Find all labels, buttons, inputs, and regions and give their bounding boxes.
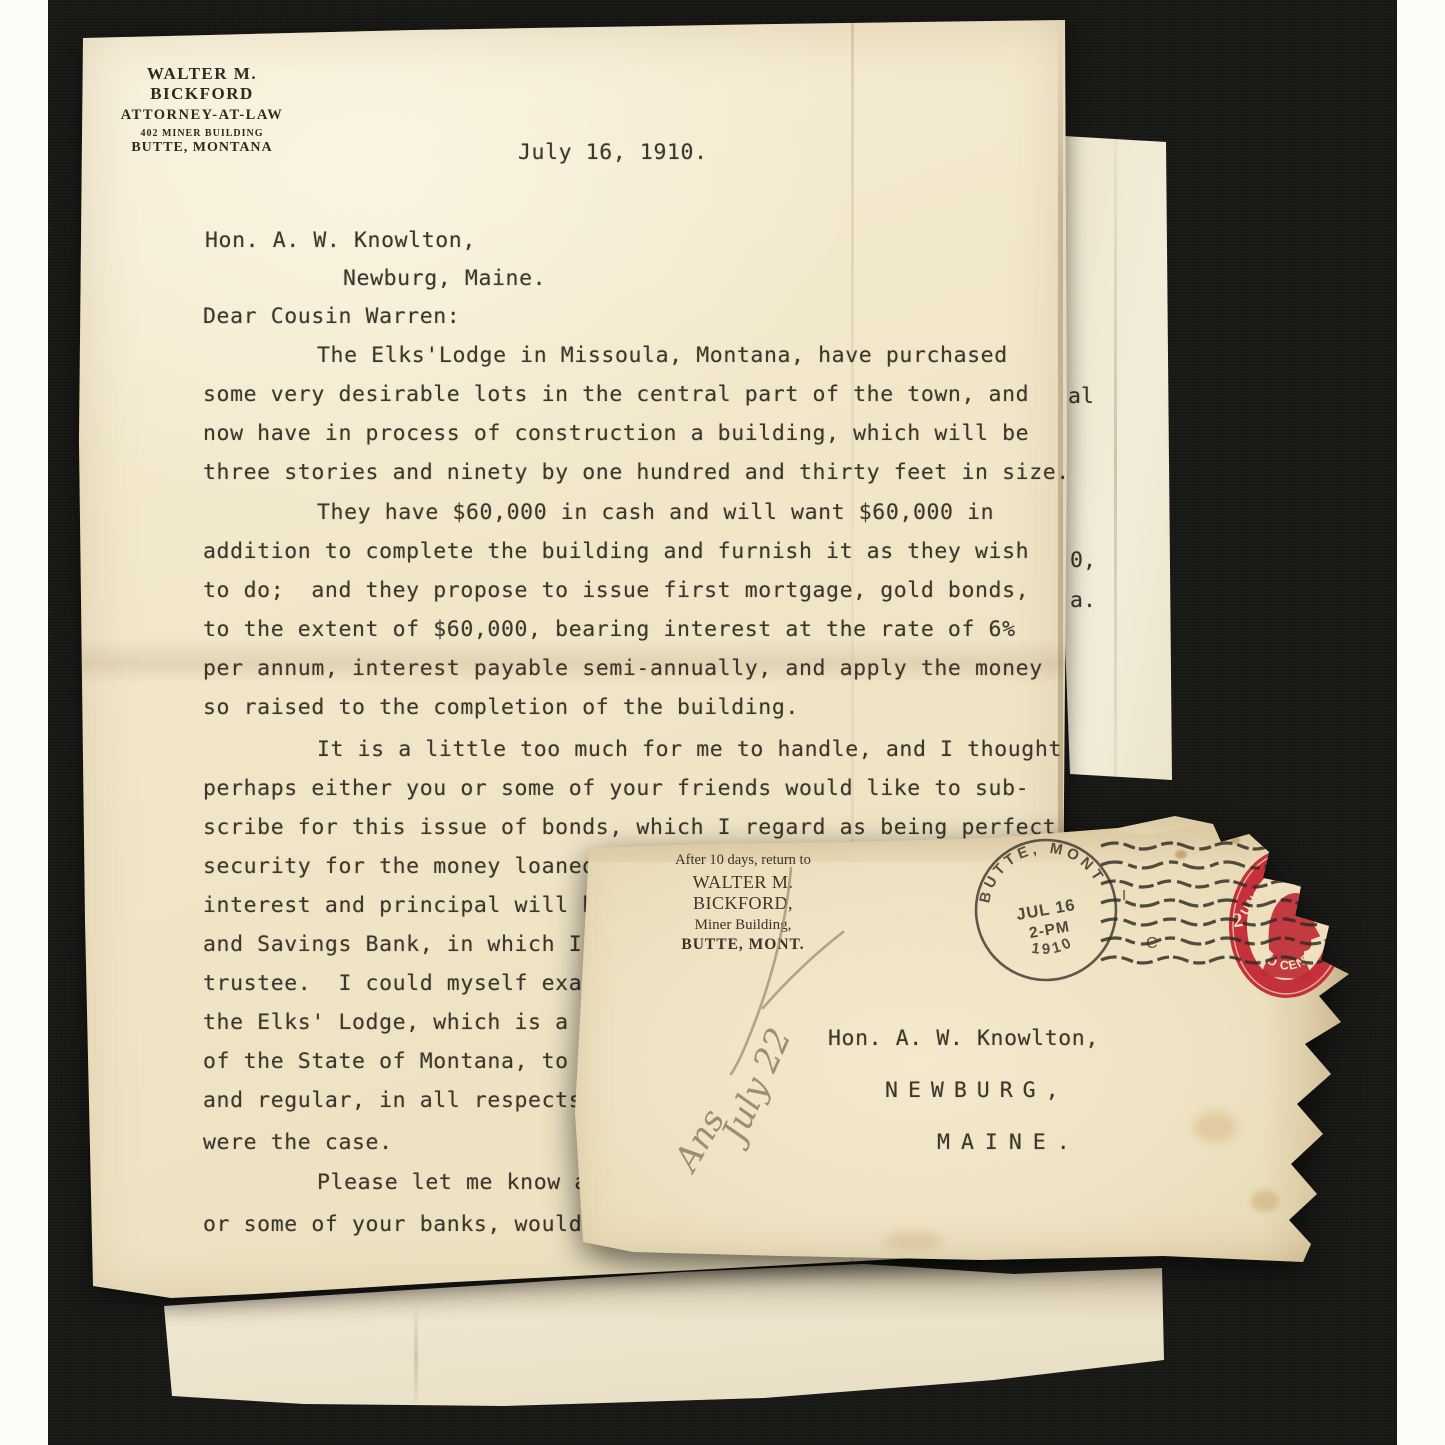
typewritten-line: addition to complete the building and fu… (203, 539, 1029, 564)
typewritten-line: Please let me know as (317, 1170, 601, 1195)
second-page-right-edge: al0,a. (1056, 136, 1172, 786)
typewritten-line: now have in process of construction a bu… (203, 421, 1029, 446)
typewritten-line: to do; and they propose to issue first m… (203, 578, 1029, 603)
page-edge-fragment: 0, (1070, 548, 1096, 573)
letterhead-title: ATTORNEY-AT-LAW (97, 107, 307, 124)
page-edge-fragment: al (1068, 384, 1094, 409)
typewritten-line: some very desirable lots in the central … (203, 382, 1029, 407)
typewritten-line: to the extent of $60,000, bearing intere… (203, 617, 1016, 642)
letterhead: WALTER M. BICKFORD ATTORNEY-AT-LAW 402 M… (97, 64, 307, 156)
typewritten-line: interest and principal will be (203, 893, 609, 918)
typewritten-line: Hon. A. W. Knowlton, (205, 228, 476, 253)
photo-border-left (0, 0, 48, 1445)
paper-fold-line (414, 1302, 418, 1412)
typewritten-line: Newburg, Maine. (343, 266, 546, 291)
letter-date: July 16, 1910. (518, 140, 708, 165)
letterhead-address2: BUTTE, MONTANA (97, 140, 307, 156)
typewritten-line: and Savings Bank, in which I am (203, 932, 623, 957)
typewritten-line: three stories and ninety by one hundred … (203, 460, 1070, 485)
typewritten-line: or some of your banks, would no (203, 1212, 623, 1237)
photo-scene: al0,a. WALTER M. BICKFORD ATTORNEY-AT-LA… (0, 0, 1445, 1445)
envelope-wrap: After 10 days, return to WALTER M. BICKF… (563, 812, 1353, 1267)
envelope: After 10 days, return to WALTER M. BICKF… (563, 812, 1353, 1267)
stamp-numeral-right: 2 (1330, 916, 1346, 940)
photo-border-right (1397, 0, 1445, 1445)
typewritten-line: It is a little too much for me to handle… (317, 737, 1062, 762)
paper-fold-line (1114, 136, 1117, 786)
typewritten-line: so raised to the completion of the build… (203, 695, 799, 720)
page-edge-fragment: a. (1070, 588, 1096, 613)
typewritten-line: per annum, interest payable semi-annuall… (203, 656, 1043, 681)
typewritten-line: and regular, in all respects, a (203, 1088, 623, 1113)
letterhead-address1: 402 MINER BUILDING (97, 128, 307, 139)
typewritten-line: trustee. I could myself exami (203, 971, 609, 996)
typewritten-line: of the State of Montana, to asc (203, 1049, 623, 1074)
pencil-strokes (563, 812, 1353, 1267)
typewritten-line: The Elks'Lodge in Missoula, Montana, hav… (317, 343, 1008, 368)
typewritten-line: They have $60,000 in cash and will want … (317, 500, 994, 525)
typewritten-line: were the case. (203, 1130, 393, 1155)
typewritten-line: security for the money loaned, (203, 854, 609, 879)
typewritten-line: perhaps either you or some of your frien… (203, 776, 1029, 801)
letterhead-name: WALTER M. BICKFORD (97, 64, 307, 104)
typewritten-line: Dear Cousin Warren: (203, 304, 460, 329)
